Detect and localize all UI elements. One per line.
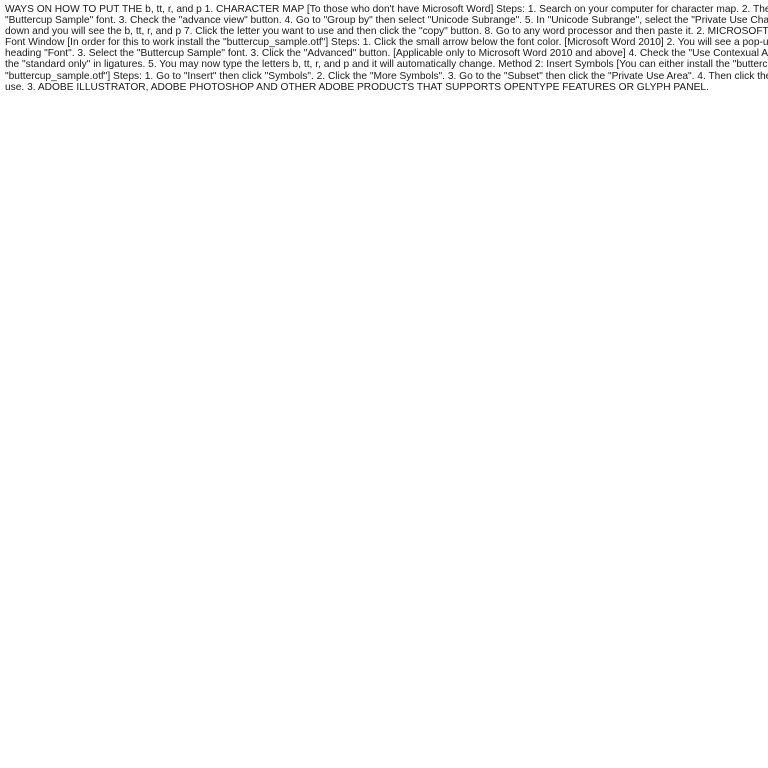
document-body: WAYS ON HOW TO PUT THE b, tt, r, and p 1… (5, 4, 763, 93)
text-line: the "standard only" in ligatures. 5. You… (5, 59, 763, 70)
text-line: down and you will see the b, tt, r, and … (5, 26, 763, 37)
text-line: Font Window [In order for this to work i… (5, 37, 763, 48)
text-line: "Buttercup Sample" font. 3. Check the "a… (5, 15, 763, 26)
text-line: "buttercup_sample.otf"] Steps: 1. Go to … (5, 71, 763, 82)
text-line: heading "Font". 3. Select the "Buttercup… (5, 48, 763, 59)
text-line: WAYS ON HOW TO PUT THE b, tt, r, and p 1… (5, 4, 763, 15)
text-line: use. 3. ADOBE ILLUSTRATOR, ADOBE PHOTOSH… (5, 82, 763, 93)
